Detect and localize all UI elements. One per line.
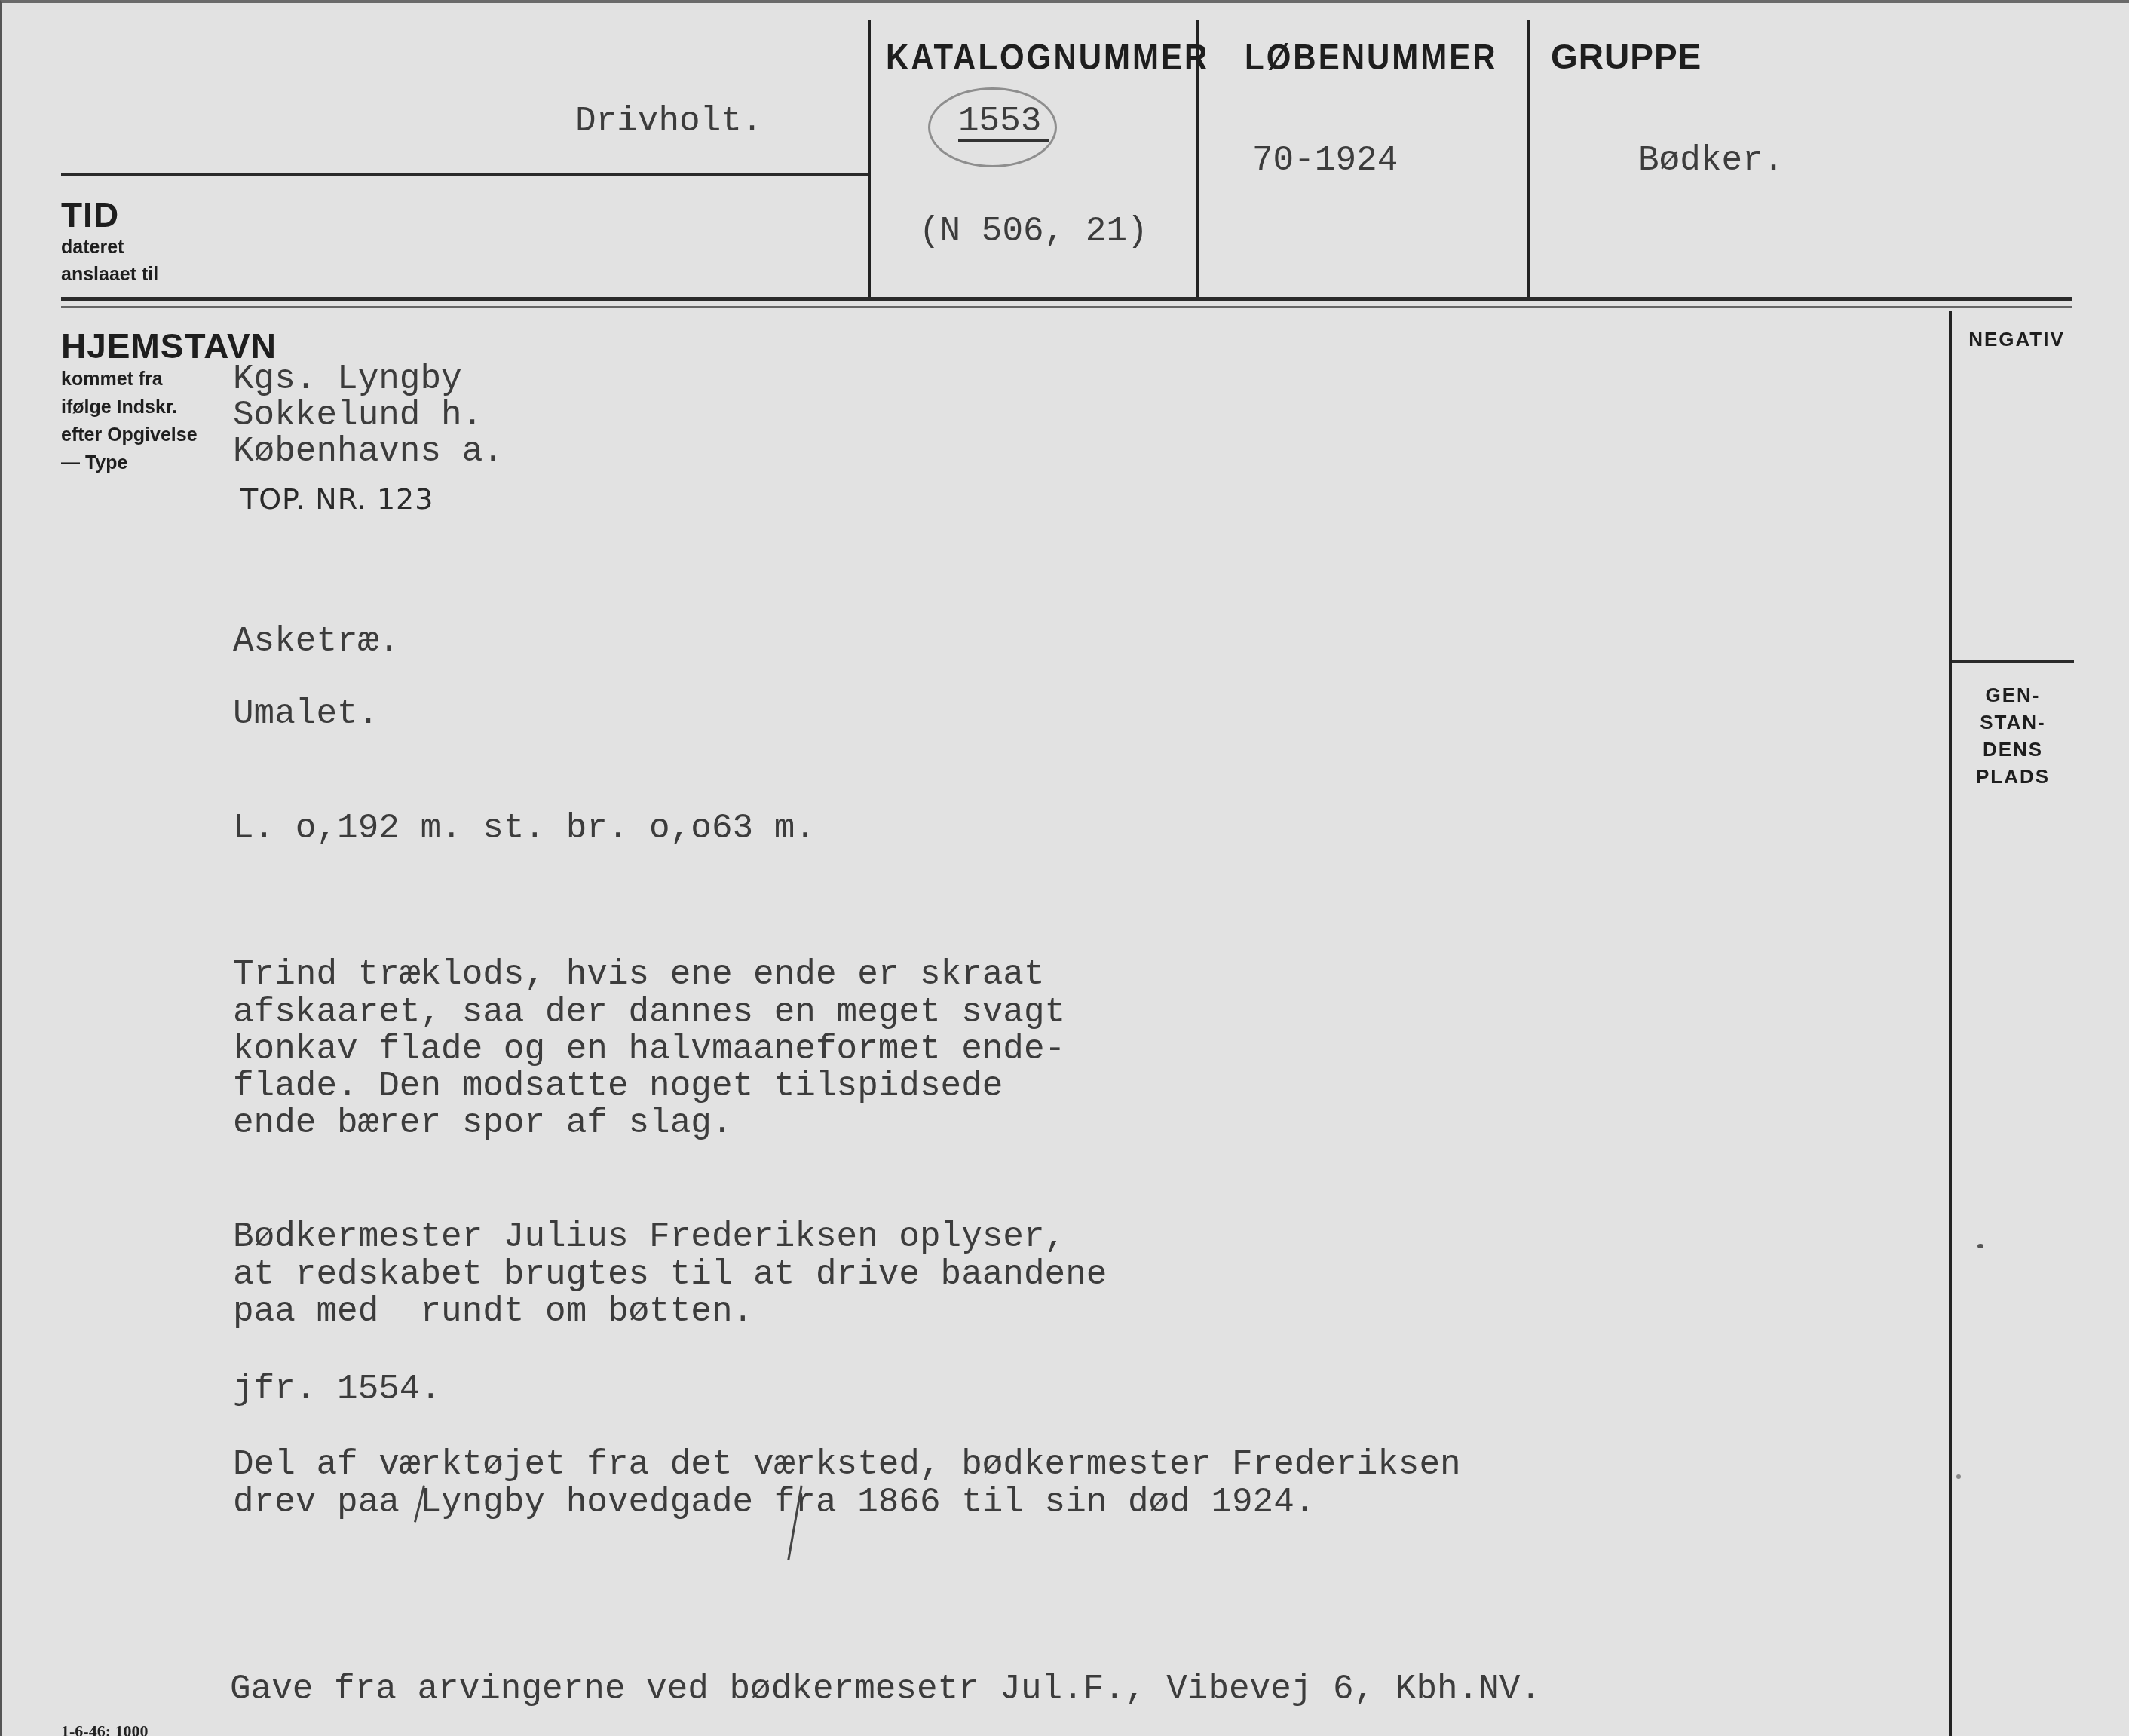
- hjemstavn-place-3: Københavns a.: [233, 433, 504, 470]
- object-name: Drivholt.: [575, 103, 762, 140]
- dimensions: L. o,192 m. st. br. o,o63 m.: [233, 810, 816, 847]
- plads-label-1: GEN-: [1952, 681, 2074, 709]
- description-line-1: Trind træklods, hvis ene ende er skraat: [233, 956, 1045, 994]
- divider-gruppe-left: [1527, 20, 1530, 299]
- finish: Umalet.: [233, 695, 378, 733]
- description-line-2: afskaaret, saa der dannes en meget svagt: [233, 994, 1065, 1031]
- divider-header-thick: [61, 297, 2072, 301]
- lobenummer-value: 70-1924: [1252, 142, 1398, 179]
- print-code: 1-6-46: 1000: [61, 1722, 148, 1736]
- info-line-3: paa med rundt om bøtten.: [233, 1293, 753, 1330]
- katalognummer-value: 1553: [958, 103, 1041, 140]
- hjemstavn-efter: efter Opgivelse: [61, 421, 198, 449]
- gruppe-label: GRUPPE: [1551, 36, 1702, 77]
- paper-speck: [1977, 1244, 1983, 1248]
- plads-label-4: PLADS: [1952, 763, 2074, 790]
- hjemstavn-type: — Type: [61, 449, 127, 477]
- katalognummer-ref: (N 506, 21): [919, 213, 1148, 250]
- tid-anslaaet: anslaaet til: [61, 261, 158, 289]
- divider-negativ-plads: [1952, 660, 2074, 663]
- reference: jfr. 1554.: [233, 1370, 441, 1408]
- plads-label-3: DENS: [1952, 736, 2074, 763]
- hjemstavn-place-1: Kgs. Lyngby: [233, 360, 462, 398]
- gruppe-value: Bødker.: [1638, 142, 1784, 179]
- lobenummer-label: LØBENUMMER: [1245, 36, 1498, 78]
- provenance-line-1: Del af værktøjet fra det værksted, bødke…: [233, 1446, 1461, 1483]
- katalognummer-underline: [958, 139, 1049, 142]
- description-line-4: flade. Den modsatte noget tilspidsede: [233, 1067, 1003, 1105]
- info-line-1: Bødkermester Julius Frederiksen oplyser,: [233, 1218, 1065, 1256]
- divider-katalog-left: [868, 20, 871, 299]
- plads-label-2: STAN-: [1952, 709, 2074, 736]
- hjemstavn-kommet-fra: kommet fra: [61, 366, 163, 393]
- provenance-line-2: drev paa Lyngby hovedgade fra 1866 til s…: [233, 1483, 1315, 1521]
- hjemstavn-ifolge: ifølge Indskr.: [61, 393, 177, 421]
- info-line-2: at redskabet brugtes til at drive baande…: [233, 1256, 1107, 1294]
- tid-dateret: dateret: [61, 234, 124, 262]
- divider-name-tid: [61, 173, 868, 176]
- gift-note: Gave fra arvingerne ved bødkermesetr Jul…: [230, 1670, 1541, 1708]
- paper-speck: [1956, 1474, 1961, 1479]
- description-line-5: ende bærer spor af slag.: [233, 1104, 733, 1142]
- catalog-card: KATALOGNUMMER LØBENUMMER GRUPPE Drivholt…: [0, 0, 2129, 1736]
- topografisk-nummer: TOP. NR. 123: [240, 482, 433, 516]
- negativ-label: NEGATIV: [1961, 326, 2072, 353]
- divider-header-thin: [61, 306, 2072, 308]
- divider-side-column: [1949, 311, 1952, 1736]
- tid-label: TID: [61, 194, 119, 235]
- hjemstavn-place-2: Sokkelund h.: [233, 396, 482, 434]
- katalognummer-label: KATALOGNUMMER: [886, 36, 1209, 78]
- description-line-3: konkav flade og en halvmaaneformet ende-: [233, 1030, 1065, 1068]
- material: Asketræ.: [233, 623, 400, 660]
